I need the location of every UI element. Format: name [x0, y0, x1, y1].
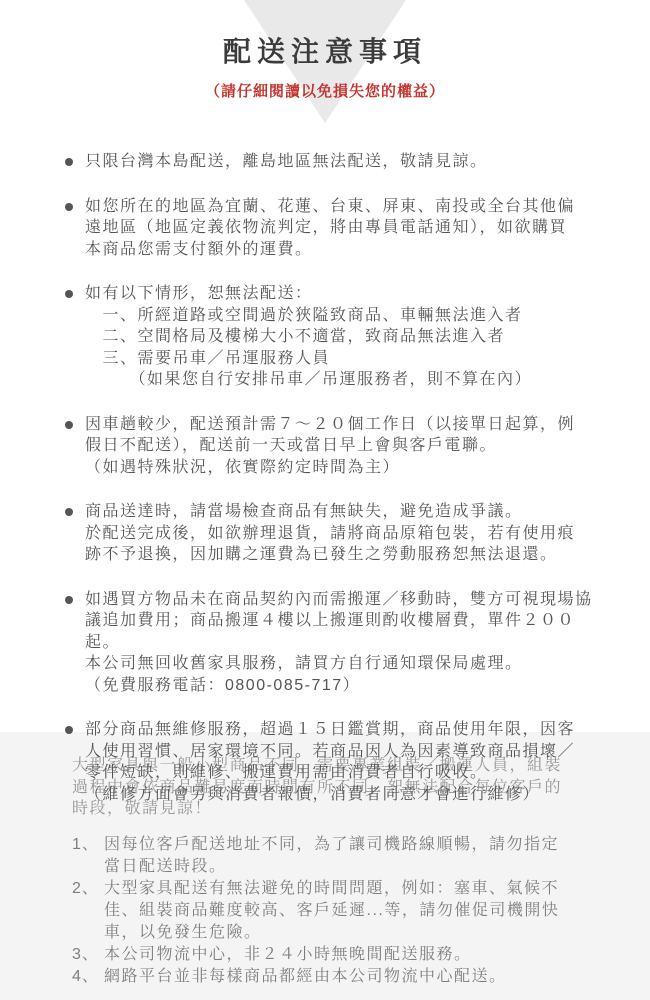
- assembly-rules-list: 1、 因每位客戶配送地址不同，為了讓司機路線順暢，請勿指定 當日配送時段。 2、…: [72, 834, 595, 988]
- bullet-dot-icon: [65, 421, 73, 429]
- delivery-notes-list: 只限台灣本島配送，離島地區無法配送，敬請見諒。 如您所在的地區為宜蘭、花蓮、台東…: [0, 151, 650, 805]
- bullet-item: 商品送達時，請當場檢查商品有無缺失，避免造成爭議。 於配送完成後，如欲辦理退貨，…: [65, 501, 595, 566]
- numbered-item-label: 1、: [72, 834, 104, 878]
- numbered-item-text: 網路平台並非每樣商品都經由本公司物流中心配送。: [104, 966, 507, 988]
- page-title: 配送注意事項: [0, 30, 650, 70]
- bullet-item: 如遇買方物品未在商品契約內而需搬運／移動時，雙方可視現場協 議追加費用；商品搬運…: [65, 589, 595, 697]
- bullet-dot-icon: [65, 726, 73, 734]
- bullet-dot-icon: [65, 158, 73, 166]
- numbered-item-label: 3、: [72, 944, 104, 966]
- numbered-item-text: 大型家具配送有無法避免的時間問題，例如：塞車、氣候不 佳、組裝商品難度較高、客戶…: [104, 878, 559, 944]
- numbered-item: 2、 大型家具配送有無法避免的時間問題，例如：塞車、氣候不 佳、組裝商品難度較高…: [72, 878, 595, 944]
- numbered-item-label: 4、: [72, 966, 104, 988]
- bullet-item-text: 因車趟較少，配送預計需７～２０個工作日（以接單日起算，例 假日不配送），配送前一…: [85, 414, 575, 479]
- bullet-dot-icon: [65, 290, 73, 298]
- bullet-item-text: 商品送達時，請當場檢查商品有無缺失，避免造成爭議。 於配送完成後，如欲辦理退貨，…: [85, 501, 575, 566]
- bullet-item-text: 部分商品無維修服務，超過１５日鑑賞期，商品使用年限，因客 人使用習慣、居家環境不…: [85, 719, 575, 805]
- page-subtitle: （請仔細閱讀以免損失您的權益）: [0, 80, 650, 101]
- numbered-item-label: 2、: [72, 878, 104, 944]
- numbered-item: 3、 本公司物流中心，非２４小時無晚間配送服務。: [72, 944, 595, 966]
- bullet-item: 如有以下情形，恕無法配送： 一、所經道路或空間過於狹隘致商品、車輛無法進入者 二…: [65, 283, 595, 391]
- bullet-dot-icon: [65, 203, 73, 211]
- bullet-item-text: 如遇買方物品未在商品契約內而需搬運／移動時，雙方可視現場協 議追加費用；商品搬運…: [85, 589, 595, 697]
- bullet-dot-icon: [65, 596, 73, 604]
- page-header: 配送注意事項 （請仔細閱讀以免損失您的權益）: [0, 0, 650, 101]
- numbered-item-text: 本公司物流中心，非２４小時無晚間配送服務。: [104, 944, 472, 966]
- bullet-item-text: 如您所在的地區為宜蘭、花蓮、台東、屏東、南投或全台其他偏 遠地區（地區定義依物流…: [85, 196, 575, 261]
- bullet-item-text: 如有以下情形，恕無法配送： 一、所經道路或空間過於狹隘致商品、車輛無法進入者 二…: [85, 283, 532, 391]
- delivery-notice-page: 配送注意事項 （請仔細閱讀以免損失您的權益） 只限台灣本島配送，離島地區無法配送…: [0, 0, 650, 805]
- bullet-item: 如您所在的地區為宜蘭、花蓮、台東、屏東、南投或全台其他偏 遠地區（地區定義依物流…: [65, 196, 595, 261]
- numbered-item: 4、 網路平台並非每樣商品都經由本公司物流中心配送。: [72, 966, 595, 988]
- bullet-item: 部分商品無維修服務，超過１５日鑑賞期，商品使用年限，因客 人使用習慣、居家環境不…: [65, 719, 595, 805]
- bullet-item: 因車趟較少，配送預計需７～２０個工作日（以接單日起算，例 假日不配送），配送前一…: [65, 414, 595, 479]
- numbered-item: 1、 因每位客戶配送地址不同，為了讓司機路線順暢，請勿指定 當日配送時段。: [72, 834, 595, 878]
- bullet-dot-icon: [65, 508, 73, 516]
- bullet-item-text: 只限台灣本島配送，離島地區無法配送，敬請見諒。: [85, 151, 488, 173]
- bullet-item: 只限台灣本島配送，離島地區無法配送，敬請見諒。: [65, 151, 595, 173]
- numbered-item-text: 因每位客戶配送地址不同，為了讓司機路線順暢，請勿指定 當日配送時段。: [104, 834, 559, 878]
